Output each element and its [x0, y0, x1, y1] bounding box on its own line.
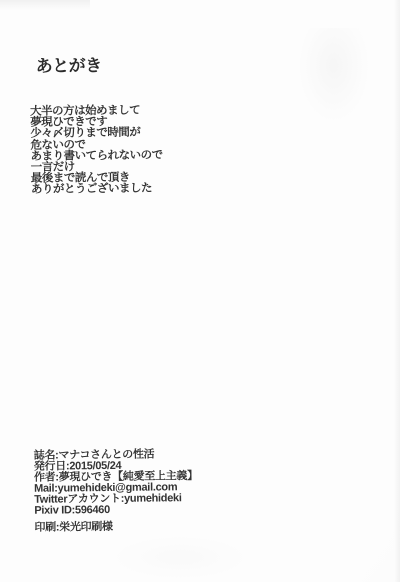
page-content: あとがき 大半の方は始めまして 夢現ひできです 少々〆切りまで時間が 危ないので…: [0, 0, 400, 582]
colophon-pixiv-line: Pixiv ID:596460: [34, 504, 198, 517]
colophon-twitter-line: Twitterアカウント:yumehideki: [34, 493, 198, 506]
afterword-line: ありがとうございました: [31, 184, 163, 197]
scanned-afterword-page: あとがき 大半の方は始めまして 夢現ひできです 少々〆切りまで時間が 危ないので…: [0, 0, 400, 582]
colophon-printer-line: 印刷:栄光印刷様: [34, 521, 198, 534]
colophon-block: 誌名:マナコさんとの性活 発行日:2015/05/24 作者:夢現ひでき【純愛至…: [34, 449, 199, 534]
afterword-text: 大半の方は始めまして 夢現ひできです 少々〆切りまで時間が 危ないので あまり書…: [30, 105, 163, 196]
page-title: あとがき: [35, 51, 101, 77]
